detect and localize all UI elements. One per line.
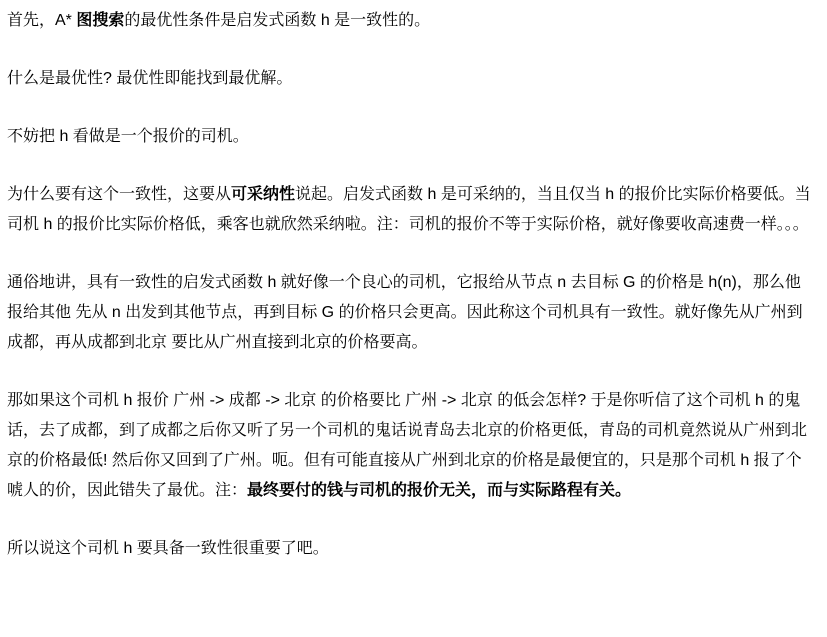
para-driver-metaphor: 不妨把 h 看做是一个报价的司机。: [7, 122, 816, 152]
text-segment: 通俗地讲，具有一致性的启发式函数 h 就好像一个良心的司机，它报给从节点 n 去…: [7, 274, 803, 351]
para-consistency-explained: 通俗地讲，具有一致性的启发式函数 h 就好像一个良心的司机，它报给从节点 n 去…: [7, 268, 816, 358]
para-admissibility: 为什么要有这个一致性，这要从可采纳性说起。启发式函数 h 是可采纳的，当且仅当 …: [7, 180, 816, 240]
text-segment: 的最优性条件是启发式函数 h 是一致性的。: [124, 12, 430, 29]
text-segment: 不妨把 h 看做是一个报价的司机。: [7, 128, 249, 145]
text-segment: 为什么要有这个一致性，这要从: [7, 186, 231, 203]
paragraph-container: 首先，A* 图搜索的最优性条件是启发式函数 h 是一致性的。什么是最优性? 最优…: [7, 6, 816, 564]
bold-text-segment: 最终要付的钱与司机的报价无关，而与实际路程有关。: [247, 482, 631, 499]
para-what-is-optimality: 什么是最优性? 最优性即能找到最优解。: [7, 64, 816, 94]
para-optimality-condition: 首先，A* 图搜索的最优性条件是启发式函数 h 是一致性的。: [7, 6, 816, 36]
para-inconsistency-example: 那如果这个司机 h 报价 广州 -> 成都 -> 北京 的价格要比 广州 -> …: [7, 386, 816, 506]
text-segment: 什么是最优性? 最优性即能找到最优解。: [7, 70, 292, 87]
bold-text-segment: 图搜索: [76, 12, 124, 29]
bold-text-segment: 可采纳性: [231, 186, 295, 203]
text-segment: 所以说这个司机 h 要具备一致性很重要了吧。: [7, 540, 329, 557]
text-segment: 首先，A*: [7, 12, 76, 29]
para-conclusion: 所以说这个司机 h 要具备一致性很重要了吧。: [7, 534, 816, 564]
article-body: 首先，A* 图搜索的最优性条件是启发式函数 h 是一致性的。什么是最优性? 最优…: [0, 0, 827, 564]
